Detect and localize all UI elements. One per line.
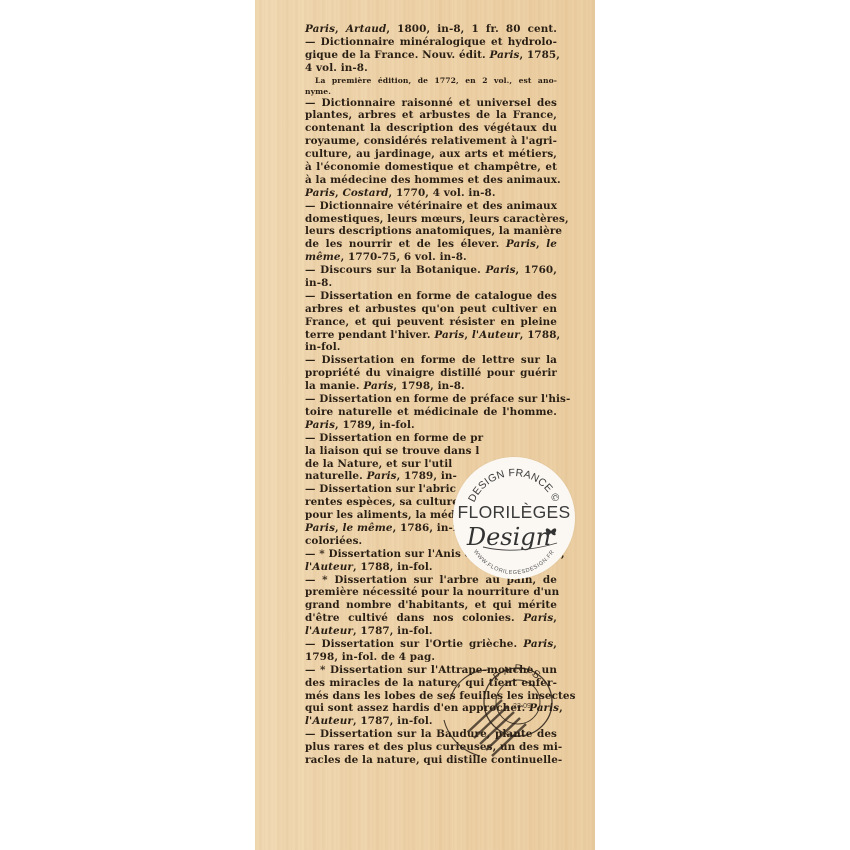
text-line: Paris, Costard, 1770, 4 vol. in-8. (305, 187, 557, 200)
printed-text-block: Paris, Artaud, 1800, in-8, 1 fr. 80 cent… (305, 23, 557, 767)
text-line: Paris, 1789, in-fol. (305, 419, 557, 432)
text-line: contenant la description des végétaux du (305, 122, 557, 135)
text-line: même, 1770-75, 6 vol. in-8. (305, 251, 557, 264)
text-line: la liaison qui se trouve dans l (305, 445, 557, 458)
text-line: la manie. Paris, 1798, in-8. (305, 380, 557, 393)
text-line: — Dictionnaire minéralogique et hydrolo- (305, 36, 557, 49)
text-line: — Dissertation sur l'Ortie grièche. Pari… (305, 638, 557, 651)
footnote-line: nyme. (305, 86, 557, 97)
text-line: à la médecine des hommes et des animaux. (305, 174, 557, 187)
florileges-logo-badge: DESIGN FRANCE © FLORILÈGES Design WWW.FL… (453, 457, 575, 579)
logo-website-arc-text: WWW.FLORILEGESDESIGN.FR (472, 549, 556, 576)
text-line: domestiques, leurs mœurs, leurs caractèr… (305, 213, 557, 226)
text-line: — Dissertation en forme de catalogue des (305, 290, 557, 303)
text-line: — Dissertation en forme de pr (305, 432, 557, 445)
text-line: à l'économie domestique et champêtre, et (305, 161, 557, 174)
text-line: plus rares et des plus curieuses, un des… (305, 741, 557, 754)
text-line: — Dissertation sur la Baudure, plante de… (305, 728, 557, 741)
text-line: més dans les lobes de ses feuilles les i… (305, 690, 557, 703)
text-line: — Dictionnaire raisonné et universel des (305, 97, 557, 110)
text-line: des miracles de la nature, qui tient enf… (305, 677, 557, 690)
text-line: plantes, arbres et arbustes de la France… (305, 109, 557, 122)
text-line: Paris, Artaud, 1800, in-8, 1 fr. 80 cent… (305, 23, 557, 36)
text-line: arbres et arbustes qu'on peut cultiver e… (305, 303, 557, 316)
text-line: première nécessité pour la nourriture d'… (305, 586, 557, 599)
text-line: — Dissertation en forme de préface sur l… (305, 393, 557, 406)
text-line: 4 vol. in-8. (305, 62, 557, 75)
text-line: — * Dissertation sur l'Attrape-mouche, u… (305, 664, 557, 677)
text-line: terre pendant l'hiver. Paris, l'Auteur, … (305, 329, 557, 342)
text-line: racles de la nature, qui distille contin… (305, 754, 557, 767)
text-line: — Dissertation en forme de lettre sur la (305, 354, 557, 367)
text-line: d'être cultivé dans nos colonies. Paris, (305, 612, 557, 625)
footnote-line: La première édition, de 1772, en 2 vol.,… (305, 75, 557, 86)
text-line: propriété du vinaigre distillé pour guér… (305, 367, 557, 380)
text-line: in-8. (305, 277, 557, 290)
text-line: France, et qui peuvent résister en plein… (305, 316, 557, 329)
text-line: toire naturelle et médicinale de l'homme… (305, 406, 557, 419)
text-line: in-fol. (305, 341, 557, 354)
text-line: grand nombre d'habitants, et qui mérite (305, 599, 557, 612)
text-line: leurs descriptions anatomiques, la maniè… (305, 225, 557, 238)
text-line: qui sont assez hardis d'en approcher. Pa… (305, 702, 557, 715)
text-line: 1798, in-fol. de 4 pag. (305, 651, 557, 664)
logo-brand-text: FLORILÈGES (458, 502, 571, 522)
text-line: — Dictionnaire vétérinaire et des animau… (305, 200, 557, 213)
text-line: l'Auteur, 1787, in-fol. (305, 625, 557, 638)
text-line: gique de la France. Nouv. édit. Paris, 1… (305, 49, 557, 62)
logo-script-text: Design (466, 523, 551, 551)
logo-top-arc-text: DESIGN FRANCE © (466, 467, 562, 504)
logo-graphic: DESIGN FRANCE © FLORILÈGES Design WWW.FL… (453, 457, 575, 579)
text-line: royaume, considérés relativement à l'agr… (305, 135, 557, 148)
text-line: — Discours sur la Botanique. Paris, 1760… (305, 264, 557, 277)
text-line: l'Auteur, 1787, in-fol. (305, 715, 557, 728)
text-line: culture, au jardinage, aux arts et métie… (305, 148, 557, 161)
text-line: de les nourrir et de les élever. Paris, … (305, 238, 557, 251)
